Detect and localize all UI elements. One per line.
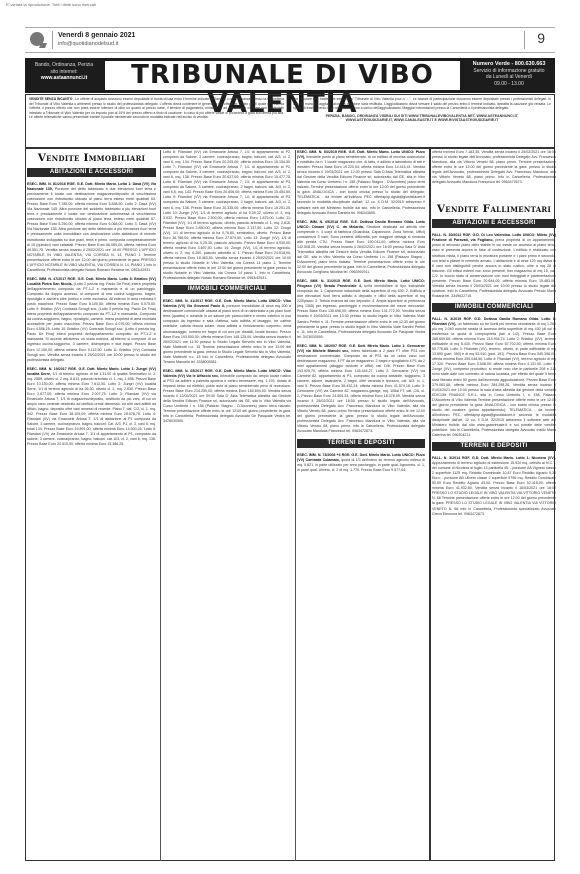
listing-body: unità immobiliare di tipo industriale co…: [297, 284, 425, 338]
intro-links-line2[interactable]: WWW.ASTEGIUDIZIARIE.IT, WWW.CANALEASTE.I…: [293, 118, 551, 123]
section-title-vendite-fallimentari: Vendite Fallimentari: [432, 203, 556, 215]
sale-conditions-right: pro circolare non trasferibile intestato…: [293, 97, 551, 123]
banner-info-right: Numero Verde - 800.630.663 Servizio di i…: [463, 58, 555, 93]
listing: FALL. N. 3/2014 RGF. G.D. Dott. Mirelo M…: [432, 456, 556, 517]
banner-website-link[interactable]: www.astaannunci.it: [25, 75, 103, 82]
listing: ESEC. IMM. N. 53/2019 RGE. G.E. Dott. Mi…: [297, 150, 425, 216]
listing-head: FALL. N. 3/2014 RGF. G.D. Dott. Mirelo M…: [432, 456, 556, 460]
listing-body: Lotto 6: Filandari (VV) via Emanuele Art…: [163, 150, 291, 280]
subsection-terreni-depositi-fallimentari: TERRENI E DEPOSITI: [432, 442, 556, 451]
listing: ESEC. IMM. N. 41/2017 RGE. G.E. Dott. Mi…: [163, 299, 291, 365]
banner-right-hours: 09.00 - 13.00: [463, 81, 555, 88]
sale-conditions-box: VENDITE SENZA INCANTO - Le offerte di ac…: [25, 94, 555, 148]
subsection-abitazioni: ABITAZIONI E ACCESSORI: [27, 168, 156, 177]
column-divider: [295, 150, 296, 861]
banner-title: TRIBUNALE DI VIBO VALENTIA: [105, 61, 460, 90]
listing: Lotto 6: Filandari (VV) via Emanuele Art…: [163, 150, 291, 281]
listing: ESEC. IMM. N. 18/2007 RGE. G.E. Dott. Mi…: [297, 344, 425, 435]
numero-verde: Numero Verde - 800.630.663: [463, 61, 555, 68]
listing: ESEC. IMM. N. 73/2008 +3 RGE. G.E. Dott.…: [297, 453, 425, 473]
listing-body: Struttura destinata ad attività che comp…: [297, 225, 425, 274]
listing-body: (Lotto 2 perizia Ing. Paolo De Fina) int…: [27, 282, 156, 362]
listing: ESEC. IMM. N. 81/2016 RGE. G.E. Dott. Mi…: [27, 182, 156, 273]
copyright-notice: E' vietata la riproduzione. Tutti i diri…: [6, 2, 96, 7]
listing-body: Porzione del detto fabbricato a due elev…: [27, 187, 156, 272]
listing-body: offerta minima Euro 7.183,35. Vendita se…: [432, 150, 556, 184]
masthead-divider-right: [524, 31, 525, 49]
column-1: Vendite Immobiliari ABITAZIONI E ACCESSO…: [27, 150, 156, 451]
listing-body: intero fabbricato a 2 piani FT oltre PS1…: [297, 349, 425, 434]
listing-body: piena proprietà di un appartamento, post…: [432, 238, 556, 298]
column-4: offerta minima Euro 7.183,35. Vendita se…: [432, 150, 556, 521]
contact-email[interactable]: info@quotidianodelsud.it: [58, 41, 118, 47]
section-title-vendite-immobiliari: Vendite Immobiliari: [27, 152, 156, 164]
issue-date: Venerdì 8 gennaio 2021: [58, 32, 135, 39]
listing: FALL. N. 30/2012 RGF. G.D. Di Leo Valent…: [432, 233, 556, 299]
listing-body: Appezzamento di terreno agricolo di este…: [432, 461, 556, 515]
listing-body: porzione immobiliare di circa mq 200 a d…: [163, 304, 291, 364]
column-2: Lotto 6: Filandari (VV) via Emanuele Art…: [163, 150, 291, 428]
listing: ESEC. IMM. N. 65/2017 RGE. G.E. Dott. Mi…: [163, 369, 291, 425]
subsection-abitazioni-fallimentari: ABITAZIONI E ACCESSORI: [432, 219, 556, 228]
listing-body: un fabbricato su tre livelli più terreno…: [432, 322, 556, 437]
banner-info-left: Bando, Ordinanza, Perizia sito internet:…: [25, 58, 103, 93]
page-masthead: Venerdì 8 gennaio 2021 info@quotidianode…: [25, 27, 555, 53]
listing: offerta minima Euro 7.183,35. Vendita se…: [432, 150, 556, 185]
intro-links: PERIZIA, BANDO, ORDINANZA VISIBILI SUI S…: [293, 114, 551, 123]
banner-left-line1: Bando, Ordinanza, Perizia: [25, 62, 103, 69]
listing: ESEC. IMM. N. 31/2015 RGE. G.E. Dott. Mi…: [297, 279, 425, 340]
subsection-immobili-commerciali-fallimentari: IMMOBILI COMMERCIALI: [432, 303, 556, 312]
listing-body: 1/1 di terreno agricolo di ha 1.31.00 di…: [27, 372, 156, 447]
page-number: 9: [537, 30, 545, 46]
tribunale-banner: Bando, Ordinanza, Perizia sito internet:…: [25, 58, 555, 93]
sale-conditions-left: VENDITE SENZA INCANTO - Le offerte di ac…: [29, 97, 284, 120]
subsection-terreni-depositi: TERRENI E DEPOSITI: [297, 439, 425, 448]
listing: FALL. N. 3/2019 RGF. G.D. Dottssa Danila…: [432, 317, 556, 438]
intro-right-text: pro circolare non trasferibile intestato…: [293, 97, 551, 111]
masthead-divider: [52, 31, 53, 49]
listing: ESEC. IMM. N. 19/2017 RGE. G.E. Dott. Mi…: [27, 367, 156, 448]
quotidiano-logo-icon: [30, 32, 44, 46]
subsection-immobili-commerciali: IMMOBILI COMMERCIALI: [163, 285, 291, 294]
listing: ESEC. IMM. N. 47/2017 RGE. G.E. Dott. Mi…: [27, 277, 156, 363]
listing-body: Immobile composto da: ampio locale rusti…: [163, 374, 291, 423]
listing: ESEC. IMM. N. 65/2018 RGE. G.E. Dottssa …: [297, 220, 425, 276]
column-divider: [160, 150, 161, 861]
intro-lead: VENDITE SENZA INCANTO: [29, 97, 72, 101]
listing-body: Immobile posto al piano seminterrato, di…: [297, 155, 425, 215]
column-3: ESEC. IMM. N. 53/2019 RGE. G.E. Dott. Mi…: [297, 150, 425, 477]
